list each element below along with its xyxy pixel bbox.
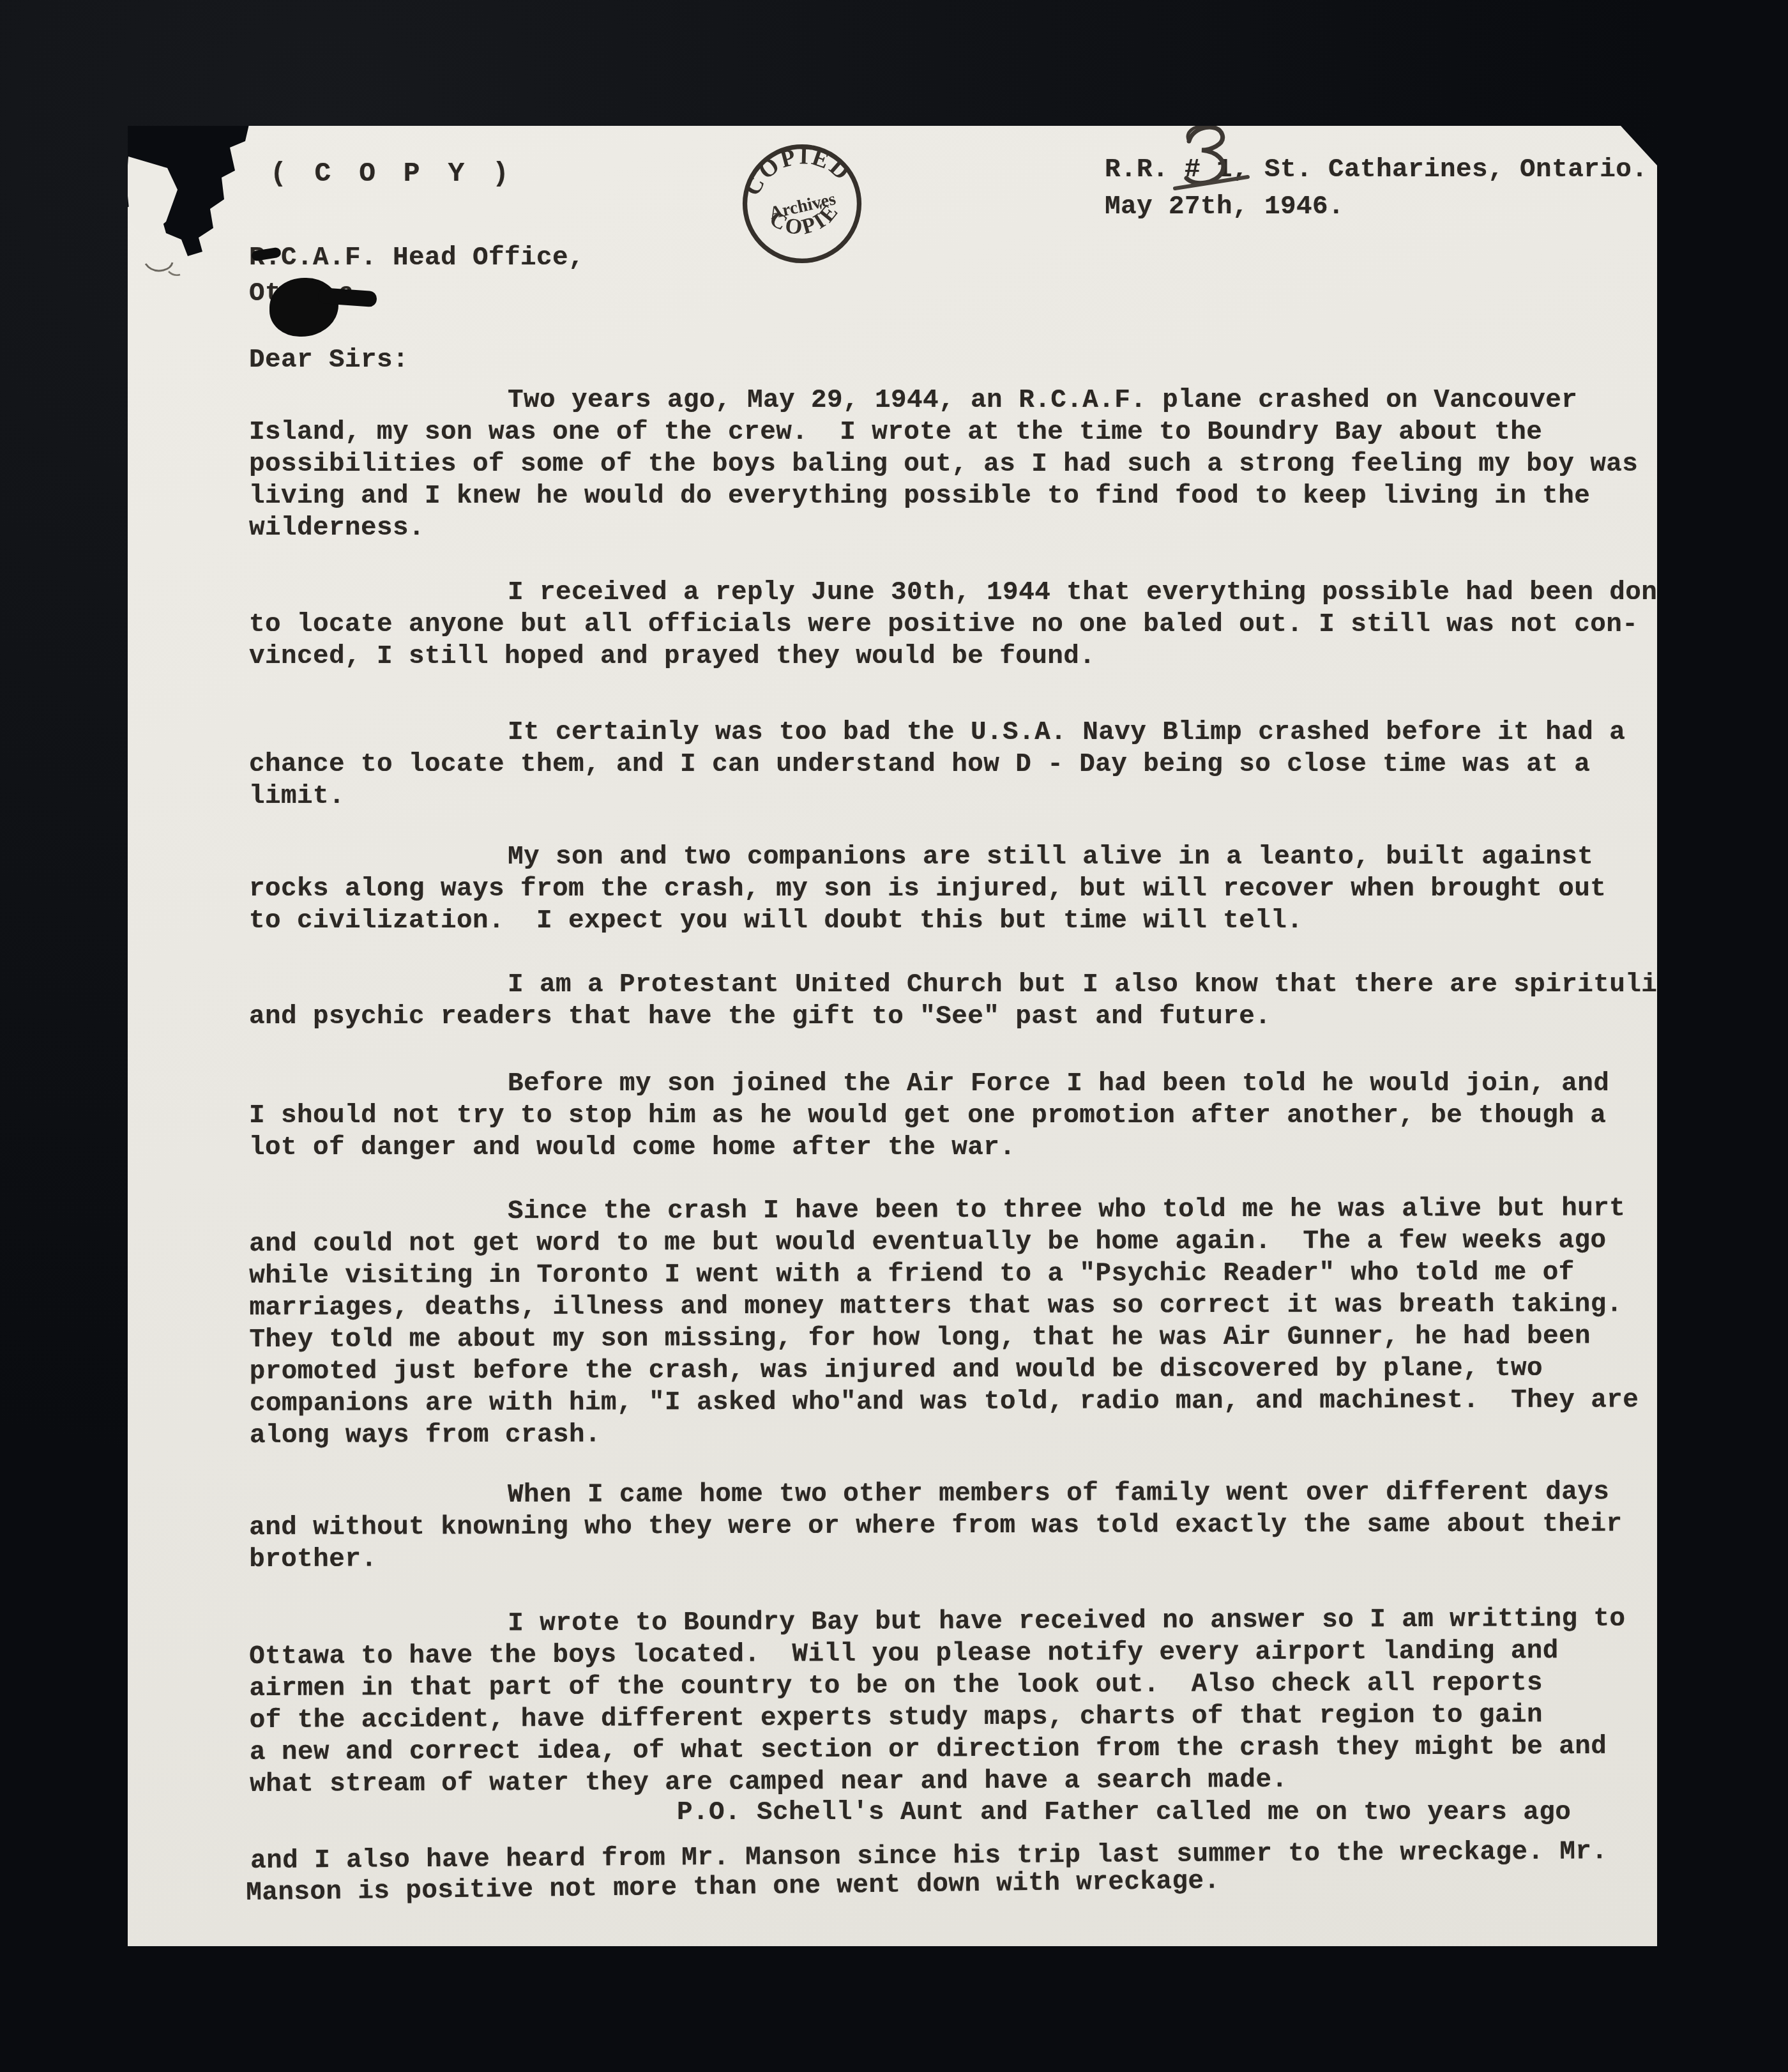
letter-line: possibilities of some of the boys baling… <box>249 448 1657 480</box>
letter-line: Two years ago, May 29, 1944, an R.C.A.F.… <box>249 385 1657 416</box>
paragraph: Before my son joined the Air Force I had… <box>249 1068 1657 1164</box>
salutation: Dear Sirs: <box>249 344 409 376</box>
letter-line: and without knowning who they were or wh… <box>249 1508 1657 1544</box>
letter-line: companions are with him, "I asked who"an… <box>250 1384 1657 1420</box>
letter-line: lot of danger and would come home after … <box>249 1132 1657 1164</box>
letter-line: marriages, deaths, illness and money mat… <box>249 1288 1657 1324</box>
paragraph: I received a reply June 30th, 1944 that … <box>249 577 1657 673</box>
letter-line: Since the crash I have been to three who… <box>249 1192 1657 1228</box>
letter-line: They told me about my son missing, for h… <box>250 1320 1657 1356</box>
letter-line: I should not try to stop him as he would… <box>249 1100 1657 1132</box>
paragraph: I am a Protestant United Church but I al… <box>249 969 1657 1033</box>
torn-corner <box>128 126 261 284</box>
paragraph: Since the crash I have been to three who… <box>249 1192 1657 1452</box>
letter-line: while visiting in Toronto I went with a … <box>249 1256 1657 1292</box>
letter-line: I received a reply June 30th, 1944 that … <box>249 577 1657 609</box>
letter-line: vinced, I still hoped and prayed they wo… <box>249 641 1657 673</box>
letter-line: to civilization. I expect you will doubt… <box>249 905 1657 937</box>
paragraph: When I came home two other members of fa… <box>249 1476 1657 1576</box>
letter-line: When I came home two other members of fa… <box>249 1476 1657 1512</box>
paragraph: I wrote to Boundry Bay but have received… <box>249 1603 1657 1801</box>
letter-line: a new and correct idea, of what section … <box>250 1730 1657 1769</box>
stamp-top-text: COPIED <box>733 133 859 203</box>
letter-line: I am a Protestant United Church but I al… <box>249 969 1657 1001</box>
letter-line: living and I knew he would do everything… <box>249 480 1657 512</box>
archives-stamp: COPIED Archives COPIÉ <box>725 127 879 281</box>
letter-line: rocks along ways from the crash, my son … <box>249 873 1657 905</box>
photo-background: ( C O P Y ) COPIED Archives COPIÉ R.R. #… <box>0 0 1788 2072</box>
paragraph: Two years ago, May 29, 1944, an R.C.A.F.… <box>249 385 1657 544</box>
letter-line: promoted just before the crash, was inju… <box>250 1352 1657 1388</box>
recipient-line1: R.C.A.F. Head Office, <box>249 242 584 274</box>
letter-line: along ways from crash. <box>250 1416 1657 1452</box>
letter-line: P.O. Schell's Aunt and Father called me … <box>677 1797 1571 1829</box>
letter-line: and psychic readers that have the gift t… <box>249 1001 1657 1033</box>
letter-paper: ( C O P Y ) COPIED Archives COPIÉ R.R. #… <box>128 126 1657 1946</box>
return-address-suffix: , St. Catharines, Ontario. <box>1232 155 1648 185</box>
ink-blot <box>269 278 338 337</box>
letter-line: Before my son joined the Air Force I had… <box>249 1068 1657 1100</box>
letter-line: wilderness. <box>249 512 1657 544</box>
paragraph: It certainly was too bad the U.S.A. Navy… <box>249 717 1657 812</box>
svg-text:COPIED: COPIED <box>733 133 859 203</box>
letter-line: Island, my son was one of the crew. I wr… <box>249 416 1657 448</box>
paragraph: My son and two companions are still aliv… <box>249 841 1657 937</box>
letter-line: to locate anyone but all officials were … <box>249 609 1657 641</box>
letter-line: My son and two companions are still aliv… <box>249 841 1657 873</box>
letter-line: brother. <box>249 1540 1657 1576</box>
letter-line: limit. <box>249 781 1657 812</box>
letter-line: what stream of water they are camped nea… <box>250 1762 1657 1801</box>
letter-line: chance to locate them, and I can underst… <box>249 749 1657 781</box>
copy-label: ( C O P Y ) <box>270 158 515 190</box>
handwritten-3-annotation <box>1167 126 1257 197</box>
letter-line: and could not get word to me but would e… <box>249 1224 1657 1260</box>
letter-line: It certainly was too bad the U.S.A. Navy… <box>249 717 1657 749</box>
